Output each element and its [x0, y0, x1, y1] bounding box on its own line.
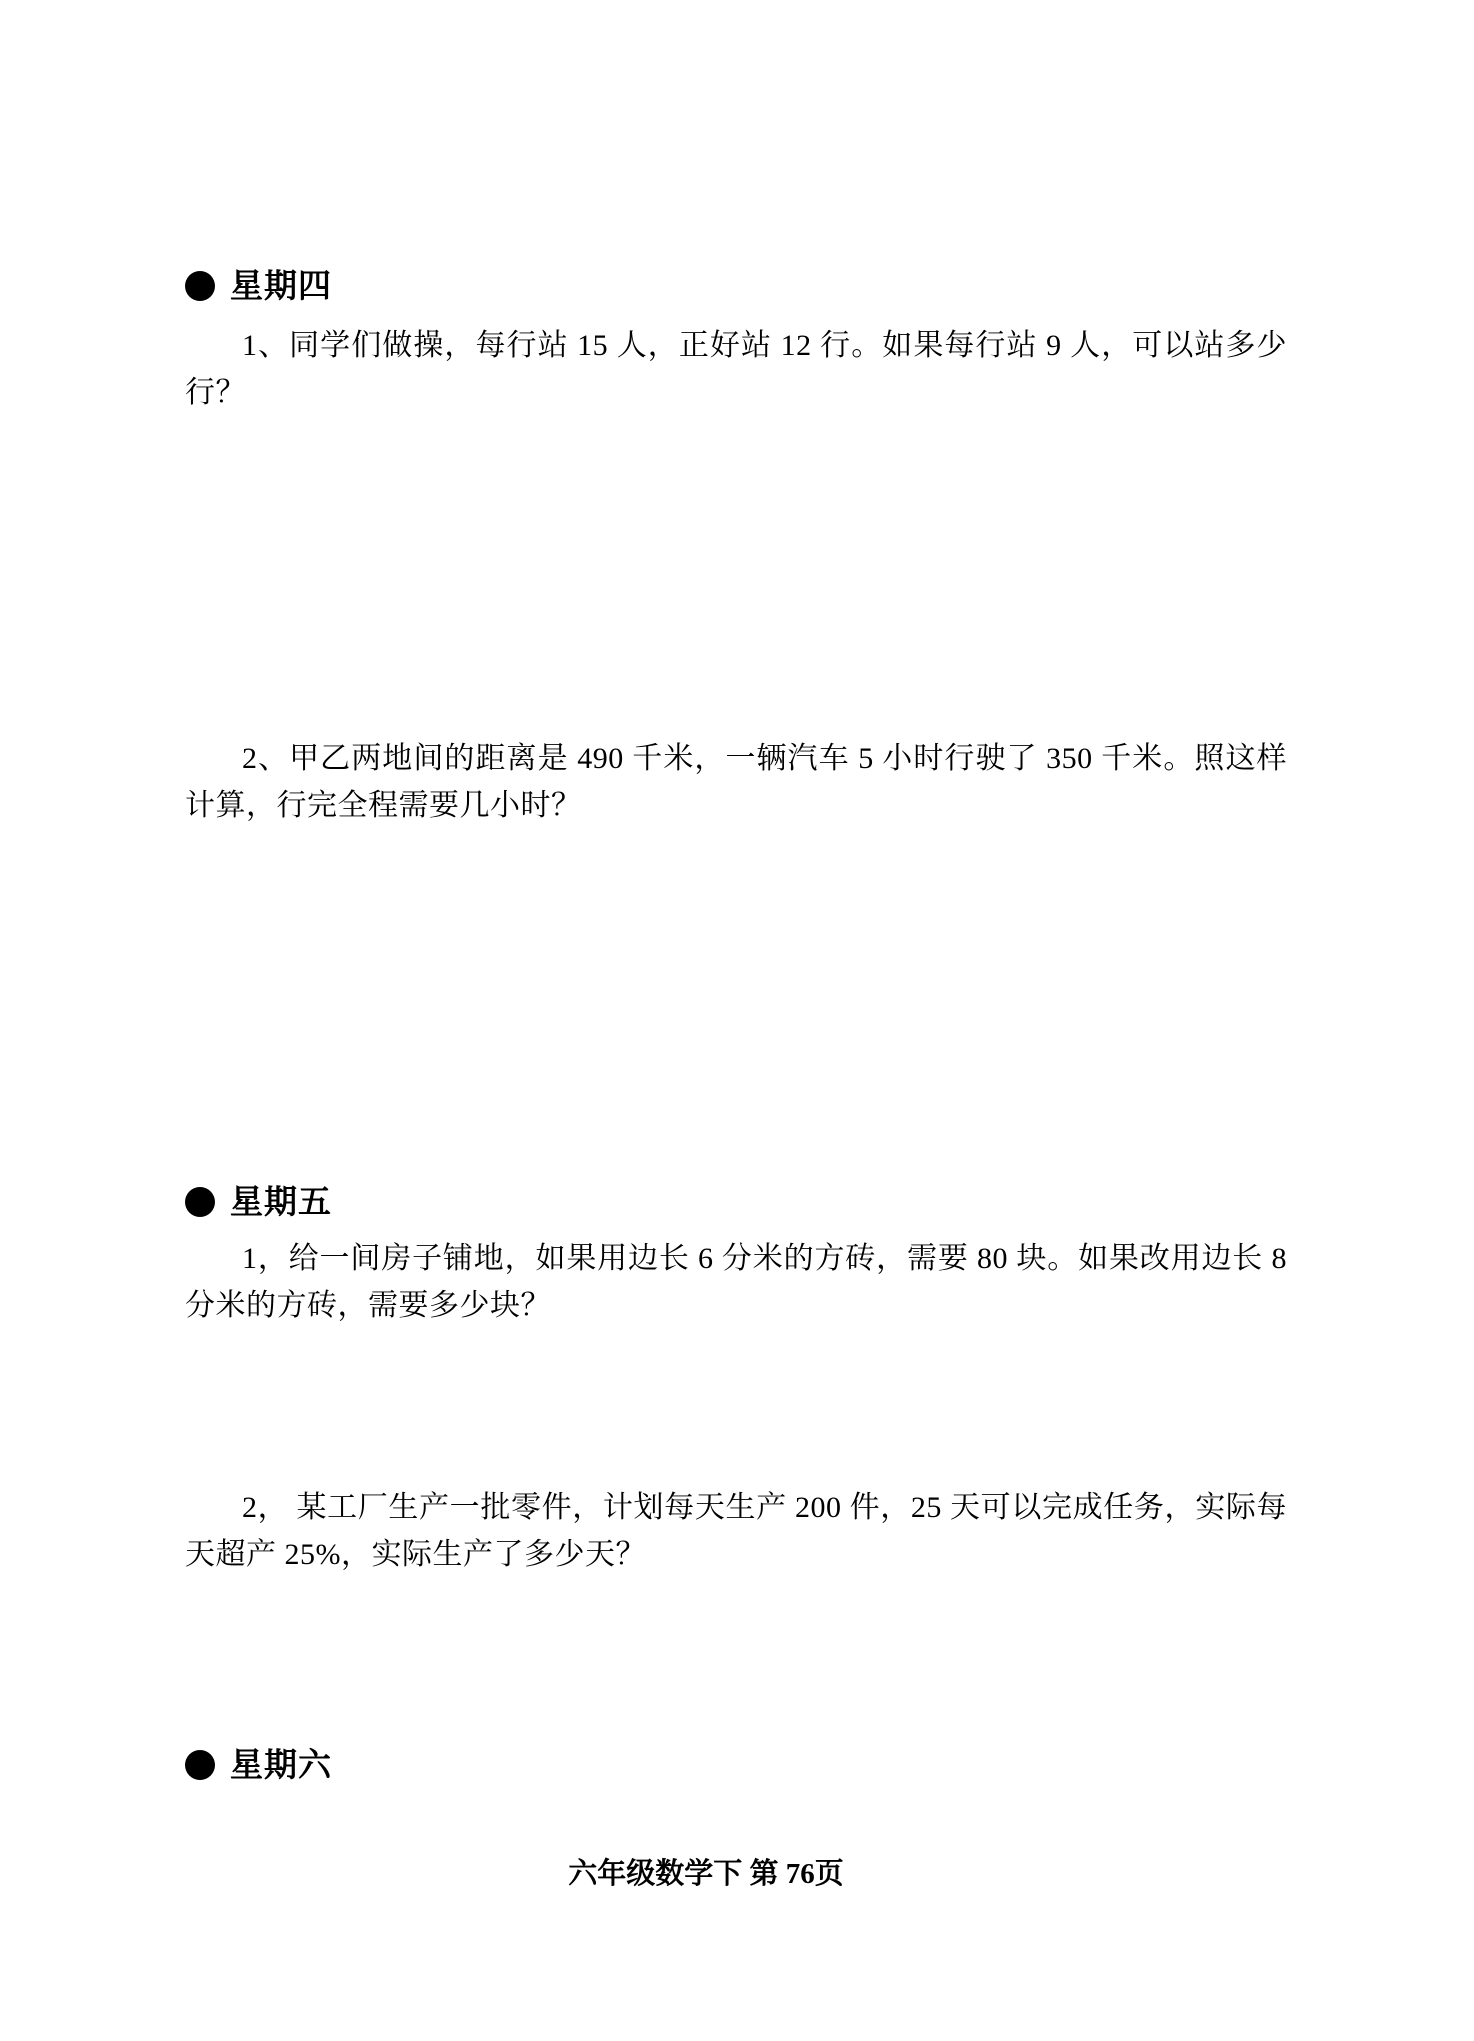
problem-friday-2: 2， 某工厂生产一批零件，计划每天生产 200 件，25 天可以完成任务，实际每… — [185, 1484, 1287, 1578]
bullet-icon — [185, 271, 215, 301]
section-heading-label: 星期四 — [230, 267, 332, 305]
section-heading-label: 星期五 — [230, 1183, 332, 1221]
section-heading-friday: 星期五 — [185, 1183, 332, 1221]
section-heading-label: 星期六 — [230, 1746, 332, 1784]
problem-thursday-1: 1、同学们做操，每行站 15 人，正好站 12 行。如果每行站 9 人，可以站多… — [185, 322, 1287, 416]
worksheet-page: 星期四 1、同学们做操，每行站 15 人，正好站 12 行。如果每行站 9 人，… — [0, 0, 1474, 2041]
bullet-icon — [185, 1187, 215, 1217]
section-heading-saturday: 星期六 — [185, 1746, 332, 1784]
section-heading-thursday: 星期四 — [185, 267, 332, 305]
problem-friday-1: 1，给一间房子铺地，如果用边长 6 分米的方砖，需要 80 块。如果改用边长 8… — [185, 1235, 1287, 1329]
bullet-icon — [185, 1750, 215, 1780]
page-footer: 六年级数学下 第 76页 — [0, 1851, 1412, 1892]
problem-thursday-2: 2、甲乙两地间的距离是 490 千米，一辆汽车 5 小时行驶了 350 千米。照… — [185, 735, 1287, 829]
